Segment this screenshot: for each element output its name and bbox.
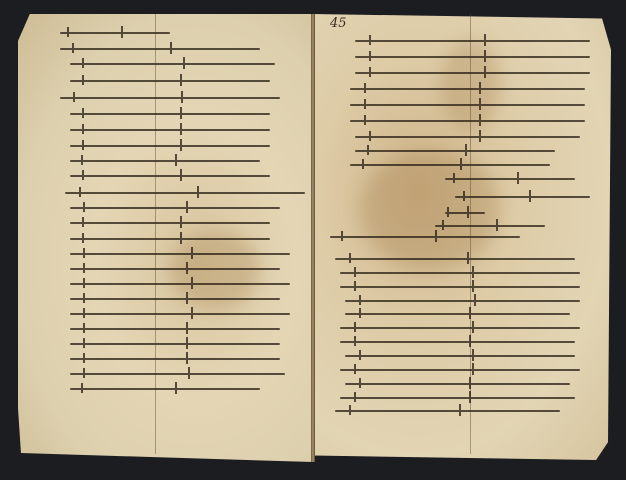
handwritten-line <box>455 196 590 198</box>
handwritten-line <box>340 369 580 371</box>
handwritten-line <box>70 63 275 65</box>
handwritten-line <box>70 175 270 177</box>
handwritten-line <box>345 300 580 302</box>
handwritten-line <box>70 113 270 115</box>
handwritten-line <box>330 236 520 238</box>
handwritten-line <box>445 212 485 214</box>
handwritten-line <box>355 40 590 42</box>
handwritten-line <box>70 253 290 255</box>
handwritten-line <box>70 80 270 82</box>
handwritten-line <box>65 192 305 194</box>
handwritten-line <box>70 373 285 375</box>
handwritten-line <box>350 88 585 90</box>
handwritten-line <box>345 383 570 385</box>
handwritten-line <box>70 145 270 147</box>
binding-gutter <box>311 14 315 462</box>
handwritten-line <box>340 286 580 288</box>
water-stain <box>360 150 500 270</box>
handwritten-line <box>60 48 260 50</box>
handwritten-line <box>60 97 280 99</box>
handwritten-line <box>70 298 280 300</box>
handwritten-line <box>355 72 590 74</box>
handwritten-line <box>340 397 575 399</box>
handwritten-line <box>445 178 575 180</box>
handwritten-line <box>70 238 270 240</box>
handwritten-line <box>355 150 555 152</box>
handwritten-line <box>70 328 280 330</box>
handwritten-line <box>335 410 560 412</box>
handwritten-line <box>355 56 590 58</box>
handwritten-line <box>335 258 575 260</box>
page-number: 45 <box>330 16 347 31</box>
handwritten-line <box>70 129 270 131</box>
handwritten-line <box>60 32 170 34</box>
handwritten-line <box>70 207 280 209</box>
handwritten-line <box>70 268 280 270</box>
handwritten-line <box>70 222 270 224</box>
handwritten-line <box>345 313 570 315</box>
handwritten-line <box>340 272 580 274</box>
handwritten-line <box>70 160 260 162</box>
handwritten-line <box>345 355 575 357</box>
handwritten-line <box>340 327 580 329</box>
handwritten-line <box>70 388 260 390</box>
handwritten-line <box>350 120 585 122</box>
handwritten-line <box>70 313 290 315</box>
handwritten-line <box>350 164 550 166</box>
handwritten-line <box>70 283 290 285</box>
handwritten-line <box>70 343 280 345</box>
handwritten-line <box>70 358 280 360</box>
handwritten-line <box>340 341 575 343</box>
handwritten-line <box>355 136 580 138</box>
handwritten-line <box>435 225 545 227</box>
handwritten-line <box>350 104 585 106</box>
